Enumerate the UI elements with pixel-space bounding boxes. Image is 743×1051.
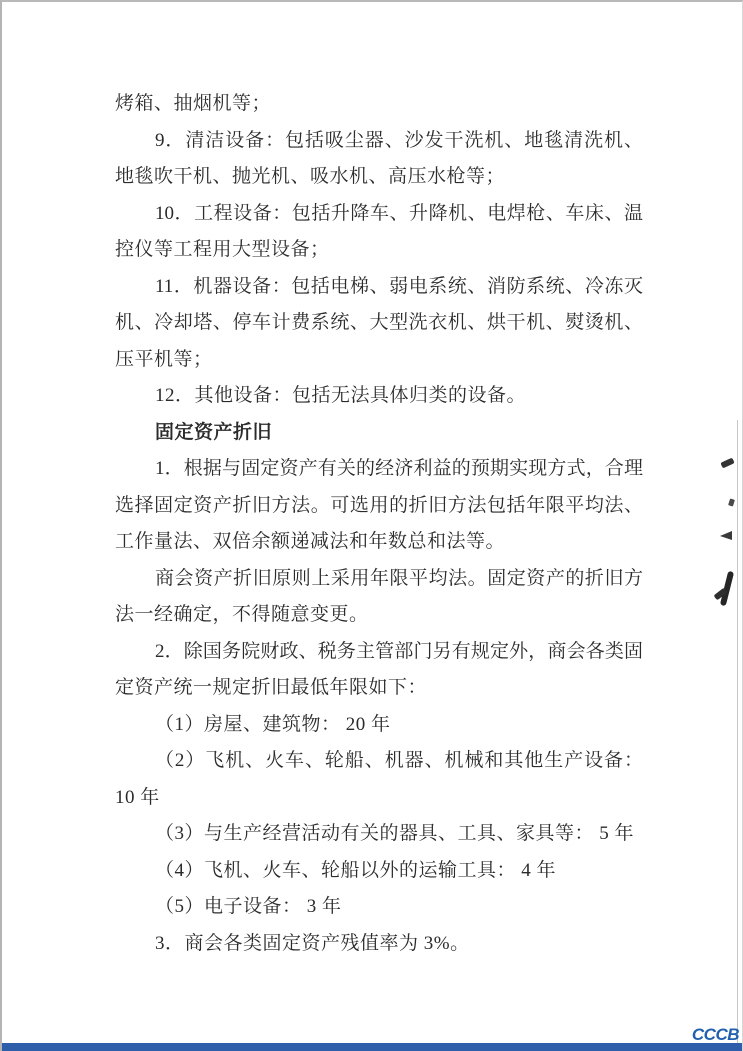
document-page: 烤箱、抽烟机等；9．清洁设备：包括吸尘器、沙发干洗机、地毯清洗机、地毯吹干机、抛… bbox=[0, 0, 743, 1051]
document-line: （5）电子设备： 3 年 bbox=[115, 889, 643, 926]
ink-mark bbox=[720, 458, 734, 469]
document-line: 工作量法、双倍余额递减法和年数总和法等。 bbox=[115, 524, 643, 561]
document-line: 地毯吹干机、抛光机、吸水机、高压水枪等； bbox=[115, 159, 643, 196]
document-line: 选择固定资产折旧方法。可选用的折旧方法包括年限平均法、 bbox=[115, 488, 643, 525]
document-line: 9．清洁设备：包括吸尘器、沙发干洗机、地毯清洗机、 bbox=[115, 123, 643, 160]
document-line: （2）飞机、火车、轮船、机器、机械和其他生产设备： bbox=[115, 743, 643, 780]
document-line: 商会资产折旧原则上采用年限平均法。固定资产的折旧方 bbox=[115, 561, 643, 598]
document-line: 控仪等工程用大型设备； bbox=[115, 232, 643, 269]
document-text: 烤箱、抽烟机等；9．清洁设备：包括吸尘器、沙发干洗机、地毯清洗机、地毯吹干机、抛… bbox=[115, 86, 643, 962]
document-line: 1．根据与固定资产有关的经济利益的预期实现方式，合理 bbox=[115, 451, 643, 488]
document-line: 固定资产折旧 bbox=[115, 415, 643, 452]
scan-edge-line bbox=[737, 420, 738, 1051]
document-line: 10．工程设备：包括升降车、升降机、电焊枪、车床、温 bbox=[115, 196, 643, 233]
document-line: 机、冷却塔、停车计费系统、大型洗衣机、烘干机、熨烫机、 bbox=[115, 305, 643, 342]
document-line: （1）房屋、建筑物： 20 年 bbox=[115, 707, 643, 744]
document-line: 法一经确定，不得随意变更。 bbox=[115, 597, 643, 634]
ink-mark bbox=[728, 498, 735, 506]
document-line: 2．除国务院财政、税务主管部门另有规定外，商会各类固 bbox=[115, 634, 643, 671]
document-line: 定资产统一规定折旧最低年限如下： bbox=[115, 670, 643, 707]
document-line: （4）飞机、火车、轮船以外的运输工具： 4 年 bbox=[115, 853, 643, 890]
document-line: 烤箱、抽烟机等； bbox=[115, 86, 643, 123]
document-line: 11．机器设备：包括电梯、弱电系统、消防系统、冷冻灭 bbox=[115, 269, 643, 306]
document-line: 3．商会各类固定资产残值率为 3%。 bbox=[115, 926, 643, 963]
cccb-logo: CCCB bbox=[692, 1025, 739, 1045]
document-line: 12．其他设备：包括无法具体归类的设备。 bbox=[115, 378, 643, 415]
document-line: 10 年 bbox=[115, 780, 643, 817]
ink-mark bbox=[720, 531, 732, 540]
document-line: 压平机等； bbox=[115, 342, 643, 379]
footer-bar bbox=[2, 1043, 742, 1051]
document-line: （3）与生产经营活动有关的器具、工具、家具等： 5 年 bbox=[115, 816, 643, 853]
